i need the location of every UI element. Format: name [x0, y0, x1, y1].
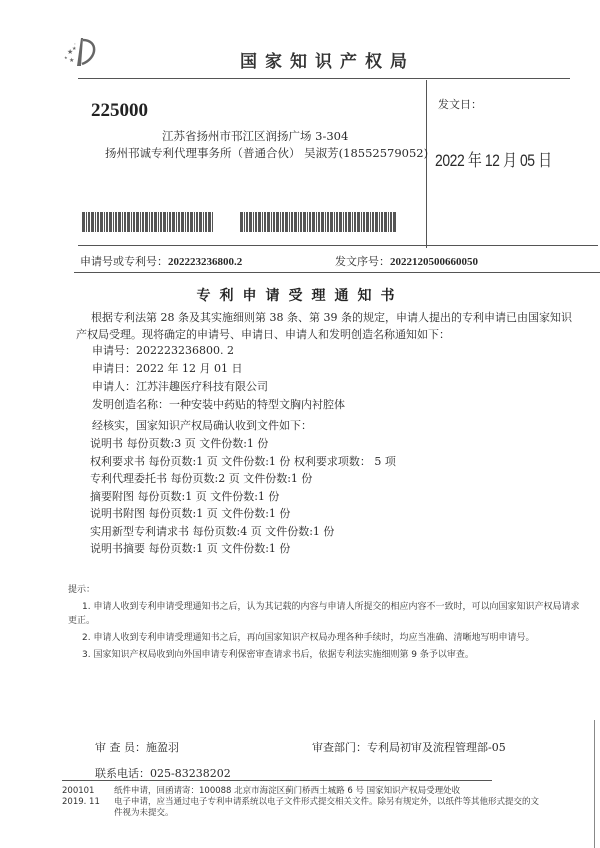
application-number-line: 申请号：202223236800. 2 — [92, 343, 234, 360]
tips-label: 提示： — [68, 583, 588, 597]
issue-date-divider — [426, 80, 427, 248]
serial-number-row: 发文序号：2022120500660050 — [335, 253, 478, 269]
applicant-line: 申请人：江苏沣趣医疗科技有限公司 — [92, 379, 268, 396]
issue-date: 2022 年 12 月 05 日 — [435, 146, 552, 171]
svg-text:★: ★ — [72, 46, 77, 52]
ref-row-divider — [74, 272, 600, 273]
received-file-list: 说明书 每份页数:3 页 文件份数:1 份 权利要求书 每份页数:1 页 文件份… — [90, 436, 396, 559]
form-version: 2019. 11 — [62, 797, 100, 808]
application-date-line: 申请日：2022 年 12 月 01 日 — [92, 361, 242, 378]
file-item: 说明书附图 每份页数:1 页 文件份数:1 份 — [90, 506, 396, 524]
tips-section: 提示： 1. 申请人收到专利申请受理通知书之后，认为其记载的内容与申请人所提交的… — [68, 583, 588, 662]
file-item: 摘要附图 每份页数:1 页 文件份数:1 份 — [90, 489, 396, 507]
barcode-divider — [78, 245, 598, 246]
tip-item: 3. 国家知识产权局收到向外国申请专利保密审查请求书后，依据专利法实施细则第 9… — [68, 648, 588, 662]
tip-item: 2. 申请人收到专利申请受理通知书之后，再向国家知识产权局办理各种手续时，均应当… — [68, 631, 588, 645]
file-item: 说明书 每份页数:3 页 文件份数:1 份 — [90, 436, 396, 454]
postcode: 225000 — [91, 100, 148, 122]
examination-department: 审查部门：专利局初审及流程管理部-05 — [312, 739, 506, 755]
document-title: 专利申请受理通知书 — [0, 285, 600, 305]
file-item: 实用新型专利请求书 每份页数:4 页 文件份数:1 份 — [90, 524, 396, 542]
tip-item: 1. 申请人收到专利申请受理通知书之后，认为其记载的内容与申请人所提交的相应内容… — [68, 600, 588, 628]
form-code: 200101 — [62, 786, 94, 797]
paper-submission-note: 纸件申请，回函请寄：100088 北京市海淀区蓟门桥西土城路 6 号 国家知识产… — [114, 786, 554, 797]
serial-number-label: 发文序号： — [335, 255, 390, 268]
application-number: 202223236800.2 — [168, 256, 242, 268]
svg-text:★: ★ — [69, 57, 74, 64]
cnipa-logo-icon: ★ ★ ★ ★ • — [62, 32, 102, 72]
serial-number: 2022120500660050 — [390, 256, 478, 268]
invention-name-line: 发明创造名称：一种安装中药贴的特型文胸内衬腔体 — [92, 397, 345, 414]
barcode-serial-number — [240, 212, 398, 232]
examiner: 审 查 员：施盈羽 — [95, 739, 179, 755]
file-item: 权利要求书 每份页数:1 页 文件份数:1 份 权利要求项数： 5 项 — [90, 454, 396, 472]
contact-phone: 联系电话：025-83238202 — [95, 765, 231, 781]
svg-text:•: • — [74, 42, 76, 46]
barcode-application-number — [82, 212, 214, 232]
file-item: 说明书摘要 每份页数:1 页 文件份数:1 份 — [90, 541, 396, 559]
application-number-label: 申请号或专利号： — [80, 255, 168, 268]
file-item: 专利代理委托书 每份页数:2 页 文件份数:1 份 — [90, 471, 396, 489]
issue-date-label: 发文日： — [438, 96, 482, 112]
body-paragraph: 根据专利法第 28 条及其实施细则第 38 条、第 39 条的规定，申请人提出的… — [76, 310, 581, 343]
application-number-row: 申请号或专利号：202223236800.2 — [80, 253, 242, 269]
scan-edge — [594, 720, 595, 848]
agency-contact: 扬州邗诚专利代理事务所（普通合伙） 吴淑芳(18552579052) — [105, 145, 428, 161]
electronic-submission-note: 电子申请，应当通过电子专利申请系统以电子文件形式提交相关文件。除另有规定外，以纸… — [114, 797, 544, 819]
org-name: 国家知识产权局 — [240, 47, 415, 72]
received-intro: 经核实，国家知识产权局确认收到文件如下： — [92, 418, 312, 435]
recipient-address: 江苏省扬州市邗江区润扬广场 3-304 — [162, 128, 348, 144]
svg-text:★: ★ — [64, 55, 68, 60]
footer-divider — [62, 780, 492, 781]
header-divider — [78, 78, 570, 79]
